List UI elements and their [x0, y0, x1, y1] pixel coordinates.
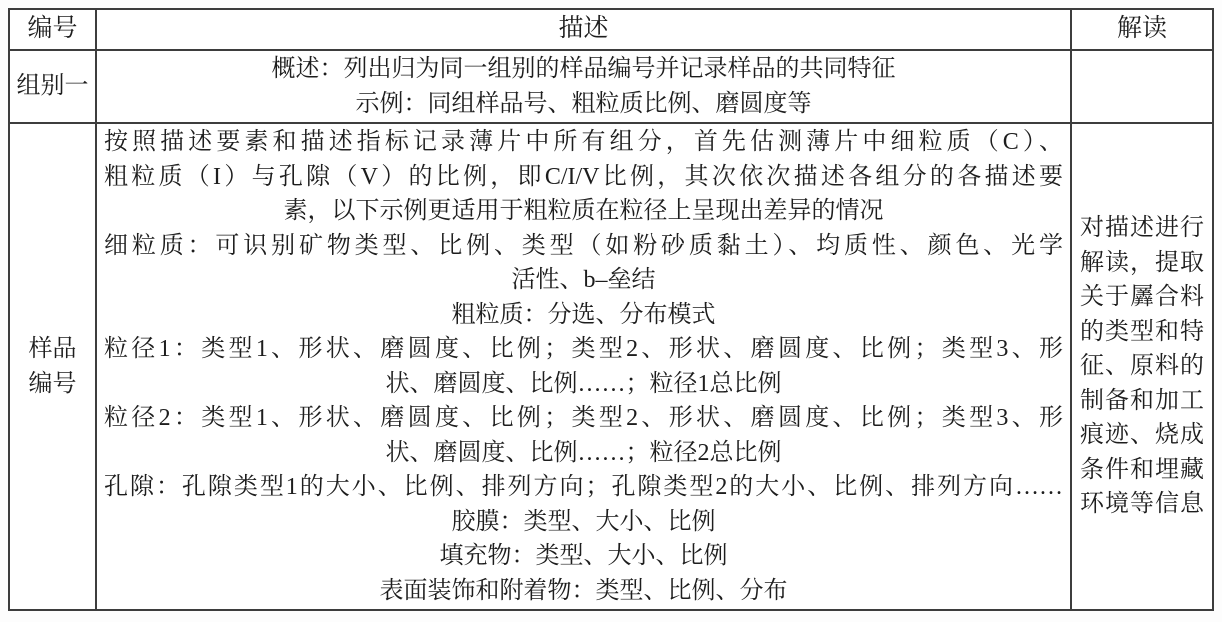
text-line: 条件和埋藏	[1072, 453, 1212, 488]
row-sample-interpretation-cell: 对描述进行解读，提取关于羼合料的类型和特征、原料的制备和加工痕迹、烧成条件和埋藏…	[1072, 124, 1212, 609]
text-line: 编号	[10, 367, 95, 402]
text-line: 样品	[10, 332, 95, 367]
text-line: 活性、b–垒结	[97, 263, 1070, 298]
text-line: 的类型和特	[1072, 315, 1212, 350]
row-sample-number-cell: 样品编号	[10, 124, 97, 609]
text-line: 状、磨圆度、比例……；粒径2总比例	[97, 436, 1070, 471]
text-line: 粒径1：类型1、形状、磨圆度、比例；类型2、形状、磨圆度、比例；类型3、形	[97, 332, 1070, 367]
text-line: 粗粒质（I）与孔隙（V）的比例，即C/I/V比例，其次依次描述各组分的各描述要	[97, 160, 1070, 195]
row-group1-number-cell: 组别一	[10, 51, 97, 124]
row-sample-description-cell: 按照描述要素和描述指标记录薄片中所有组分，首先估测薄片中细粒质（C）、粗粒质（I…	[97, 124, 1072, 609]
text-line: 表面装饰和附着物：类型、比例、分布	[97, 574, 1070, 609]
row-group1-description-cell: 概述：列出归为同一组别的样品编号并记录样品的共同特征示例：同组样品号、粗粒质比例…	[97, 51, 1072, 124]
header-cell-description: 描述	[97, 10, 1072, 51]
text-line: 征、原料的	[1072, 349, 1212, 384]
text-line: 组别一	[10, 69, 95, 104]
text-line: 解读，提取	[1072, 246, 1212, 281]
header-cell-interpretation: 解读	[1072, 10, 1212, 51]
header-description-label: 描述	[97, 12, 1070, 47]
text-line: 关于羼合料	[1072, 280, 1212, 315]
header-interpretation-label: 解读	[1072, 12, 1212, 47]
text-line: 填充物：类型、大小、比例	[97, 539, 1070, 574]
text-line: 胶膜：类型、大小、比例	[97, 505, 1070, 540]
text-line: 状、磨圆度、比例……；粒径1总比例	[97, 367, 1070, 402]
text-line: 示例：同组样品号、粗粒质比例、磨圆度等	[97, 87, 1070, 122]
text-line: 细粒质：可识别矿物类型、比例、类型（如粉砂质黏土）、均质性、颜色、光学	[97, 229, 1070, 264]
text-line: 孔隙：孔隙类型1的大小、比例、排列方向；孔隙类型2的大小、比例、排列方向……	[97, 470, 1070, 505]
text-line: 环境等信息	[1072, 487, 1212, 522]
thin-section-description-table: 编号 描述 解读 组别一 概述：列出归为同一组别的样品编号并记录样品的共同特征示…	[8, 8, 1214, 611]
text-line: 素，以下示例更适用于粗粒质在粒径上呈现出差异的情况	[97, 194, 1070, 229]
text-line: 概述：列出归为同一组别的样品编号并记录样品的共同特征	[97, 52, 1070, 87]
text-line: 按照描述要素和描述指标记录薄片中所有组分，首先估测薄片中细粒质（C）、	[97, 125, 1070, 160]
header-cell-number: 编号	[10, 10, 97, 51]
text-line: 对描述进行	[1072, 211, 1212, 246]
text-line: 粗粒质：分选、分布模式	[97, 298, 1070, 333]
row-group1-interpretation-cell	[1072, 51, 1212, 124]
text-line: 痕迹、烧成	[1072, 418, 1212, 453]
text-line: 粒径2：类型1、形状、磨圆度、比例；类型2、形状、磨圆度、比例；类型3、形	[97, 401, 1070, 436]
text-line: 制备和加工	[1072, 384, 1212, 419]
header-number-label: 编号	[10, 12, 95, 47]
